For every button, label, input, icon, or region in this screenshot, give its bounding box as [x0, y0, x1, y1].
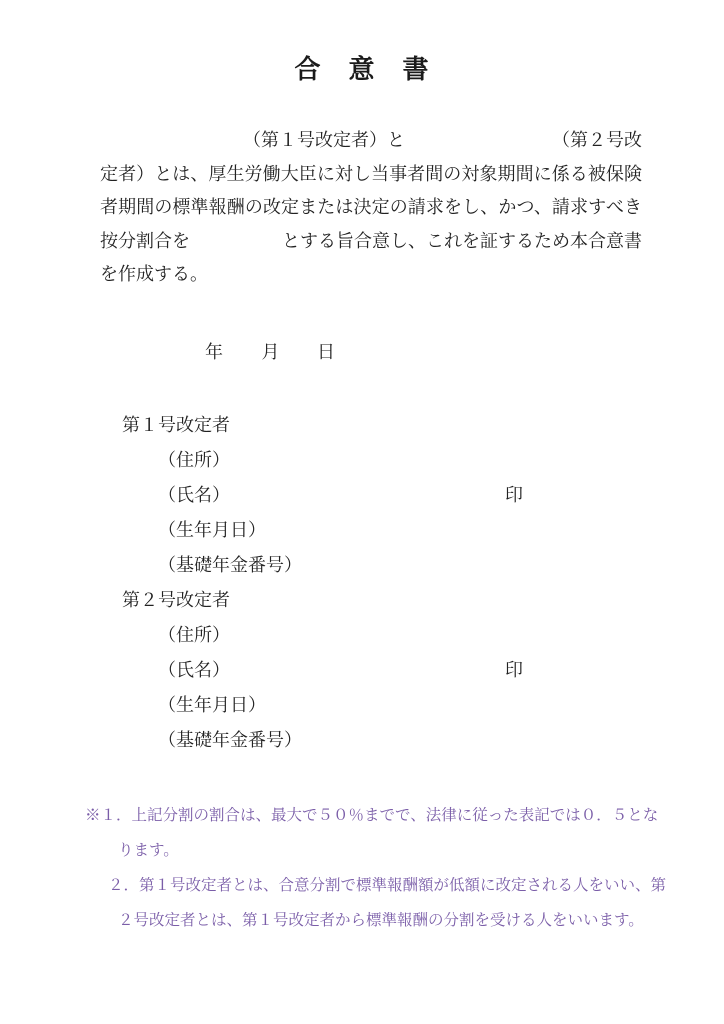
footnote-1-line-2: ります。 — [118, 833, 724, 868]
date-line: 年 月 日 — [205, 335, 724, 370]
party2-inline-label: （第２号改 — [552, 124, 642, 158]
party2-seal-mark: 印 — [505, 653, 523, 688]
day-label: 日 — [317, 335, 335, 370]
party2-birthdate-field: （生年月日） — [158, 688, 724, 723]
party2-name-label: （氏名） — [158, 660, 230, 680]
footnotes: ※１．上記分割の割合は、最大で５０％までで、法律に従った表記では０．５とな りま… — [0, 798, 724, 938]
party1-seal-mark: 印 — [505, 478, 523, 513]
party1-inline-label: （第１号改定者）と — [243, 124, 405, 158]
party2-address-field: （住所） — [158, 618, 724, 653]
party1-name-blank-field — [100, 145, 243, 146]
paragraph-line-4: 按分割合を とする旨合意し、これを証するため本合意書 — [100, 225, 642, 259]
party2-heading: 第２号改定者 — [122, 583, 724, 618]
paragraph-line-5: を作成する。 — [100, 258, 642, 292]
paragraph-line-2: 定者）とは、厚生労働大臣に対し当事者間の対象期間に係る被保険 — [100, 158, 642, 192]
agreement-document: 合 意 書 （第１号改定者）と （第２号改 定者）とは、厚生労働大臣に対し当事者… — [0, 0, 724, 1024]
agreement-paragraph: （第１号改定者）と （第２号改 定者）とは、厚生労働大臣に対し当事者間の対象期間… — [100, 124, 642, 292]
footnote-1-line-1: ※１．上記分割の割合は、最大で５０％までで、法律に従った表記では０．５とな — [85, 798, 724, 833]
party1-name-label: （氏名） — [158, 485, 230, 505]
party1-name-field: （氏名） 印 — [158, 478, 724, 513]
month-label: 月 — [262, 335, 280, 370]
paragraph-line-3: 者期間の標準報酬の改定または決定の請求をし、かつ、請求すべき — [100, 191, 642, 225]
party1-address-field: （住所） — [158, 443, 724, 478]
party2-name-field: （氏名） 印 — [158, 653, 724, 688]
party1-heading: 第１号改定者 — [122, 408, 724, 443]
year-label: 年 — [205, 335, 223, 370]
party1-birthdate-field: （生年月日） — [158, 513, 724, 548]
document-title: 合 意 書 — [0, 0, 724, 88]
party1-section: 第１号改定者 （住所） （氏名） 印 （生年月日） （基礎年金番号） — [0, 408, 724, 583]
party-sections: 第１号改定者 （住所） （氏名） 印 （生年月日） （基礎年金番号） 第２号改定… — [0, 408, 724, 758]
apportionment-suffix: とする旨合意し、これを証するため本合意書 — [282, 225, 642, 259]
footnote-2-line-1: ２．第１号改定者とは、合意分割で標準報酬額が低額に改定される人をいい、第 — [108, 868, 724, 903]
party2-section: 第２号改定者 （住所） （氏名） 印 （生年月日） （基礎年金番号） — [0, 583, 724, 758]
footnote-2-line-2: ２号改定者とは、第１号改定者から標準報酬の分割を受ける人をいいます。 — [118, 903, 724, 938]
party2-pension-number-field: （基礎年金番号） — [158, 723, 724, 758]
apportionment-prefix: 按分割合を — [100, 225, 190, 259]
paragraph-line-1: （第１号改定者）と （第２号改 — [100, 124, 642, 158]
party1-pension-number-field: （基礎年金番号） — [158, 548, 724, 583]
